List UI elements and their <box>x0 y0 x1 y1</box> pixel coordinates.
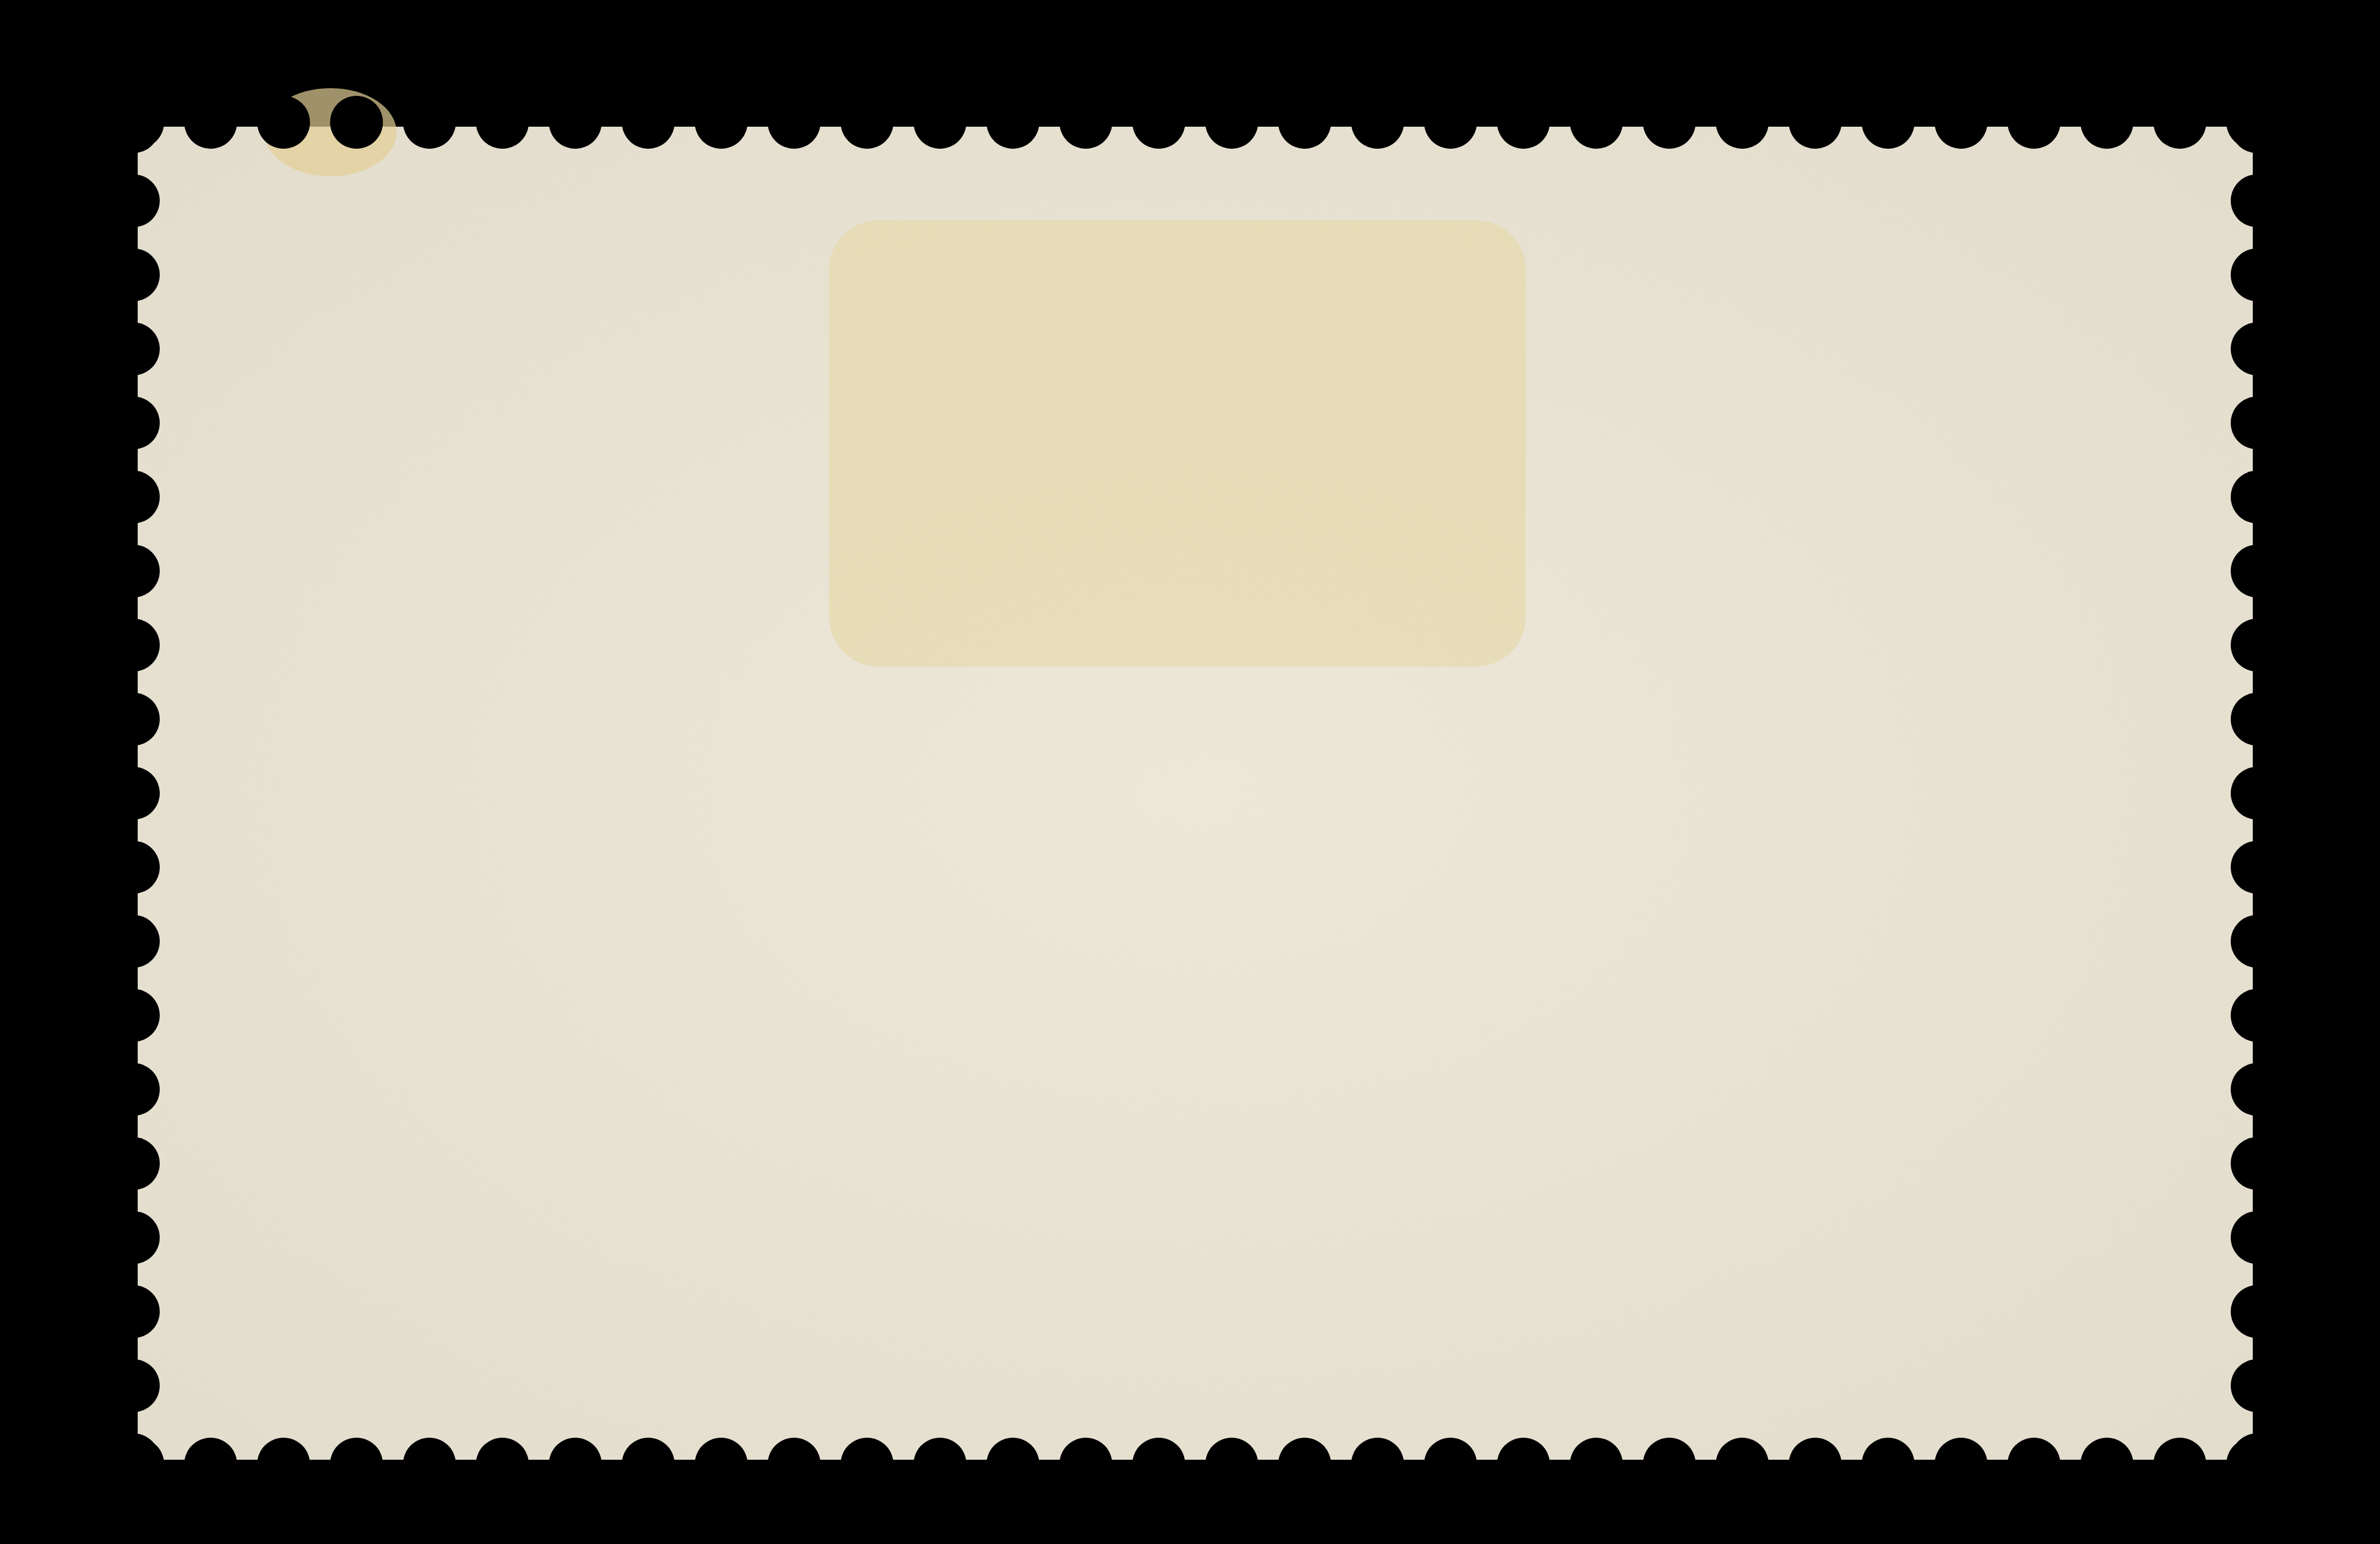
edge-stain <box>264 88 397 176</box>
hinge-mark <box>829 220 1526 667</box>
photo-stage <box>0 0 2380 1544</box>
stamp-back <box>0 0 2380 1544</box>
